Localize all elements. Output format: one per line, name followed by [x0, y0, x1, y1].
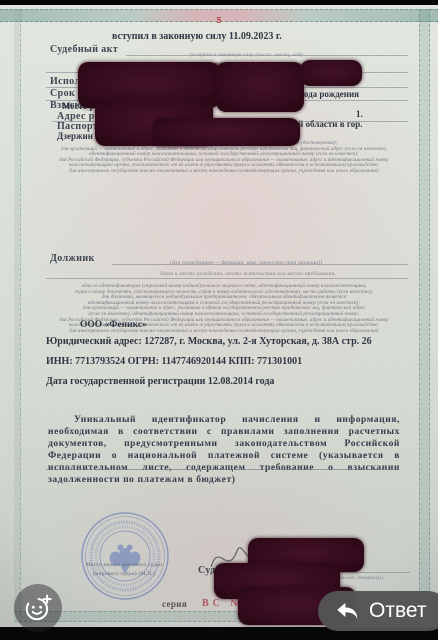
birth-year-fragment: года рождения — [300, 89, 359, 99]
court-seal-stamp — [79, 510, 171, 602]
right-guilloche-border — [419, 9, 430, 615]
entered-force-text: вступил в законную силу 11.09.2023 г. — [112, 31, 282, 42]
judicial-act-label: Судебный акт — [50, 44, 118, 55]
reply-button[interactable]: Ответ — [318, 591, 438, 631]
left-guilloche-border — [14, 9, 21, 615]
seal-caption-1: Место печати мирового судьи — [58, 562, 190, 570]
address-tail: 1. — [356, 109, 363, 119]
redaction-mark — [216, 62, 304, 112]
reply-button-label: Ответ — [369, 591, 426, 631]
city-fragment: Дзержин — [57, 131, 93, 141]
registration-date: Дата государственной регистрации 12.08.2… — [46, 376, 274, 387]
uin-paragraph: Уникальный идентификатор начисления и ин… — [48, 414, 400, 486]
reply-arrow-icon — [334, 598, 360, 624]
series-label: серия — [162, 599, 187, 609]
fineprint-line: один из идентификаторов (страховой номер… — [30, 284, 418, 290]
fineprint-line: (если он известен), идентификационный но… — [30, 312, 418, 318]
legal-address: Юридический адрес: 127287, г. Москва, ул… — [46, 336, 372, 347]
debtor-caption-1: (для гражданина — фамилия, имя, отчество… — [170, 260, 322, 266]
add-reaction-button[interactable] — [14, 584, 62, 632]
messenger-photo-viewer: 5 вступил в законную силу 11.09.2023 г. … — [0, 0, 438, 640]
company-name: ООО «Феникс» — [80, 320, 147, 330]
debtor-label: Должник — [50, 253, 95, 264]
fineprint-line: для иностранного государства также наиме… — [34, 169, 414, 175]
claimant-fineprint: серия и номер документа, удостоверяющего… — [34, 141, 414, 175]
document-photo: 5 вступил в законную силу 11.09.2023 г. … — [0, 5, 438, 627]
debtor-caption-2: дата и место рождения, место жительства … — [160, 271, 336, 277]
smiley-plus-icon — [23, 593, 53, 623]
company-ids: ИНН: 7713793524 ОГРН: 1147746920144 КПП:… — [46, 356, 302, 367]
top-guilloche-border: 5 — [0, 9, 438, 22]
seal-caption-2: (мирового судьи) (М.П.) — [58, 571, 190, 579]
letterbox-top — [0, 0, 438, 5]
page-number: 5 — [216, 16, 222, 25]
force-caption: (вступил в законную силу (число, месяц, … — [190, 52, 303, 58]
form-line — [46, 278, 408, 279]
redaction-mark — [152, 118, 300, 146]
separator-line — [46, 469, 398, 470]
redaction-mark — [300, 60, 362, 86]
fineprint-line: идентификационный номер налогоплательщик… — [34, 152, 414, 158]
